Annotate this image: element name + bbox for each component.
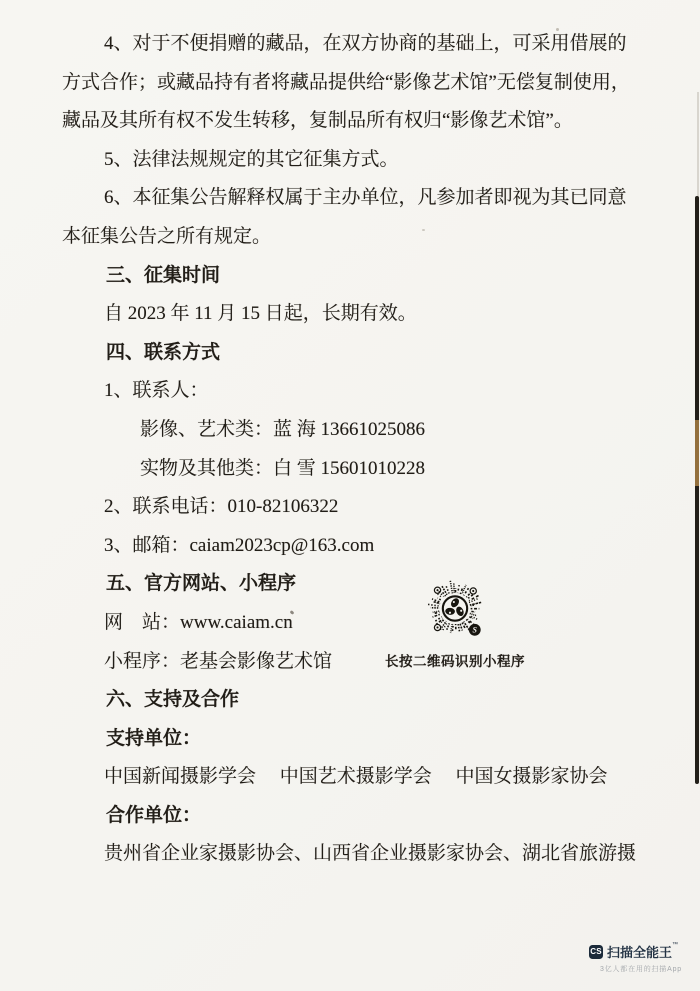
document-line: 影像、艺术类：蓝 海 13661025086	[62, 411, 628, 450]
camscanner-subtitle: 3亿人都在用的扫描App	[589, 964, 693, 974]
document-line: 5、法律法规规定的其它征集方式。	[62, 141, 628, 180]
document-line: 中国新闻摄影学会 中国艺术摄影学会 中国女摄影家协会	[62, 758, 628, 797]
scanned-document-page: 4、对于不便捐赠的藏品，在双方协商的基础上，可采用借展的方式合作；或藏品持有者将…	[0, 0, 700, 991]
document-line: 自 2023 年 11 月 15 日起，长期有效。	[62, 295, 628, 334]
camscanner-title-text: 扫描全能王	[607, 945, 672, 960]
document-line: 四、联系方式	[62, 334, 628, 373]
scan-edge-artifact	[697, 92, 699, 200]
document-line: 三、征集时间	[62, 257, 628, 296]
document-line: 合作单位：	[62, 797, 628, 836]
document-line: 贵州省企业家摄影协会、山西省企业摄影家协会、湖北省旅游摄	[62, 835, 628, 874]
camscanner-logo-icon: CS	[589, 945, 603, 959]
document-line: 支持单位：	[62, 720, 628, 759]
document-line: 网 站：www.caiam.cn	[62, 604, 628, 643]
camscanner-watermark: CS 扫描全能王™ 3亿人都在用的扫描App	[589, 942, 693, 974]
qr-caption: 长按二维码识别小程序	[384, 650, 526, 670]
document-line: 1、联系人：	[62, 372, 628, 411]
document-line: 3、邮箱：caiam2023cp@163.com	[62, 527, 628, 566]
document-line: 方式合作；或藏品持有者将藏品提供给“影像艺术馆”无偿复制使用，	[62, 64, 628, 103]
scan-edge-artifact	[695, 420, 699, 486]
document-line: 本征集公告之所有规定。	[62, 218, 628, 257]
document-line: 4、对于不便捐赠的藏品，在双方协商的基础上，可采用借展的	[62, 25, 628, 64]
document-line: 6、本征集公告解释权属于主办单位，凡参加者即视为其已同意	[62, 179, 628, 218]
camscanner-title: 扫描全能王™	[607, 942, 678, 961]
qr-block: S 长按二维码识别小程序	[384, 572, 526, 670]
document-line: 小程序：老基会影像艺术馆	[62, 643, 628, 682]
document-body: 4、对于不便捐赠的藏品，在双方协商的基础上，可采用借展的方式合作；或藏品持有者将…	[62, 25, 628, 874]
camscanner-watermark-row: CS 扫描全能王™	[589, 942, 693, 961]
document-line: 六、支持及合作	[62, 681, 628, 720]
document-line: 藏品及其所有权不发生转移，复制品所有权归“影像艺术馆”。	[62, 102, 628, 141]
scan-edge-artifact	[695, 196, 699, 784]
trademark-mark: ™	[672, 942, 678, 948]
scan-speck	[556, 28, 559, 31]
document-line: 五、官方网站、小程序	[62, 565, 628, 604]
svg-text:S: S	[473, 625, 478, 634]
scan-speck	[422, 229, 425, 231]
document-line: 2、联系电话：010-82106322	[62, 488, 628, 527]
miniprogram-qr-code-icon: S	[417, 572, 493, 648]
document-line: 实物及其他类：白 雪 15601010228	[62, 450, 628, 489]
